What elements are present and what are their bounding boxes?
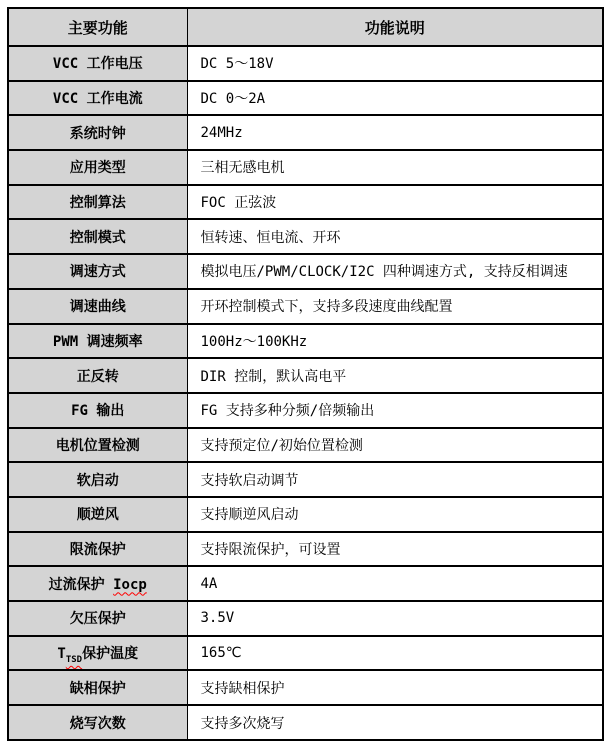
spec-value-cell: 支持顺逆风启动	[187, 497, 603, 532]
header-main-function: 主要功能	[8, 8, 187, 46]
spec-row: TTSD保护温度165℃	[8, 636, 603, 671]
spec-table: 主要功能 功能说明 VCC 工作电压DC 5～18VVCC 工作电流DC 0～2…	[7, 7, 604, 741]
spec-label-cell: 软启动	[8, 462, 187, 497]
label-text: 欠压保护	[70, 611, 126, 627]
spec-value-cell: 恒转速、恒电流、开环	[187, 219, 603, 254]
label-text: 缺相保护	[70, 681, 126, 697]
spec-label-cell: 应用类型	[8, 150, 187, 185]
spec-label-cell: 电机位置检测	[8, 428, 187, 463]
label-text: 调速曲线	[70, 299, 126, 315]
spec-row: 软启动支持软启动调节	[8, 462, 603, 497]
spec-value-cell: 支持多次烧写	[187, 705, 603, 740]
spec-row: VCC 工作电压DC 5～18V	[8, 46, 603, 81]
label-text: VCC 工作电压	[53, 56, 143, 72]
spec-row: 过流保护 Iocp4A	[8, 566, 603, 601]
spec-label-cell: FG 输出	[8, 393, 187, 428]
spec-label-cell: 缺相保护	[8, 670, 187, 705]
spec-label-cell: 调速曲线	[8, 289, 187, 324]
label-text: 调速方式	[70, 264, 126, 280]
spec-label-cell: 顺逆风	[8, 497, 187, 532]
spec-label-cell: VCC 工作电流	[8, 81, 187, 116]
spec-label-cell: VCC 工作电压	[8, 46, 187, 81]
spec-row: PWM 调速频率100Hz～100KHz	[8, 324, 603, 359]
spec-value-cell: 24MHz	[187, 115, 603, 150]
label-text: 保护温度	[82, 646, 138, 662]
spec-value-cell: DC 5～18V	[187, 46, 603, 81]
label-text: 顺逆风	[77, 507, 119, 523]
label-text: T	[57, 646, 65, 662]
spec-row: 缺相保护支持缺相保护	[8, 670, 603, 705]
spec-row: 控制模式恒转速、恒电流、开环	[8, 219, 603, 254]
spec-label-cell: 控制算法	[8, 185, 187, 220]
spec-label-cell: 过流保护 Iocp	[8, 566, 187, 601]
spec-row: 烧写次数支持多次烧写	[8, 705, 603, 740]
spec-value-cell: 开环控制模式下，支持多段速度曲线配置	[187, 289, 603, 324]
spec-row: 系统时钟24MHz	[8, 115, 603, 150]
spec-table-body: VCC 工作电压DC 5～18VVCC 工作电流DC 0～2A系统时钟24MHz…	[8, 46, 603, 740]
spec-value-cell: FOC 正弦波	[187, 185, 603, 220]
spec-value-cell: 3.5V	[187, 601, 603, 636]
header-function-description: 功能说明	[187, 8, 603, 46]
spec-label-cell: PWM 调速频率	[8, 324, 187, 359]
spec-value-cell: 支持软启动调节	[187, 462, 603, 497]
spec-row: 调速方式模拟电压/PWM/CLOCK/I2C 四种调速方式, 支持反相调速	[8, 254, 603, 289]
label-text: FG 输出	[71, 403, 124, 419]
label-text: 应用类型	[70, 160, 126, 176]
label-text: 控制算法	[70, 195, 126, 211]
spec-value-cell: 支持缺相保护	[187, 670, 603, 705]
label-text: Iocp	[113, 577, 147, 593]
label-text: 过流保护	[49, 577, 113, 593]
spec-label-cell: 烧写次数	[8, 705, 187, 740]
spec-label-cell: 控制模式	[8, 219, 187, 254]
label-subscript: TSD	[66, 655, 82, 665]
label-text: 限流保护	[70, 542, 126, 558]
spec-value-cell: DC 0～2A	[187, 81, 603, 116]
spec-row: 顺逆风支持顺逆风启动	[8, 497, 603, 532]
spec-value-cell: DIR 控制，默认高电平	[187, 358, 603, 393]
spec-value-cell: FG 支持多种分频/倍频输出	[187, 393, 603, 428]
spec-label-cell: 欠压保护	[8, 601, 187, 636]
spec-row: 应用类型三相无感电机	[8, 150, 603, 185]
spec-label-cell: 调速方式	[8, 254, 187, 289]
spec-label-cell: 系统时钟	[8, 115, 187, 150]
spec-value-cell: 4A	[187, 566, 603, 601]
spec-label-cell: TTSD保护温度	[8, 636, 187, 671]
spec-value-cell: 100Hz～100KHz	[187, 324, 603, 359]
spec-label-cell: 正反转	[8, 358, 187, 393]
spec-row: 调速曲线开环控制模式下，支持多段速度曲线配置	[8, 289, 603, 324]
label-text: 软启动	[77, 473, 119, 489]
label-text: VCC 工作电流	[53, 91, 143, 107]
spec-label-cell: 限流保护	[8, 532, 187, 567]
document-page: 主要功能 功能说明 VCC 工作电压DC 5～18VVCC 工作电流DC 0～2…	[0, 0, 611, 748]
spec-row: 控制算法FOC 正弦波	[8, 185, 603, 220]
label-text: 控制模式	[70, 230, 126, 246]
label-text: PWM 调速频率	[53, 334, 143, 350]
spec-row: VCC 工作电流DC 0～2A	[8, 81, 603, 116]
spec-value-cell: 模拟电压/PWM/CLOCK/I2C 四种调速方式, 支持反相调速	[187, 254, 603, 289]
spec-value-cell: 165℃	[187, 636, 603, 671]
spec-row: 欠压保护3.5V	[8, 601, 603, 636]
spec-row: 限流保护支持限流保护，可设置	[8, 532, 603, 567]
spec-header-row: 主要功能 功能说明	[8, 8, 603, 46]
spec-value-cell: 支持预定位/初始位置检测	[187, 428, 603, 463]
label-text: 电机位置检测	[56, 438, 140, 454]
spec-row: FG 输出FG 支持多种分频/倍频输出	[8, 393, 603, 428]
spec-value-cell: 三相无感电机	[187, 150, 603, 185]
spec-value-cell: 支持限流保护，可设置	[187, 532, 603, 567]
label-text: 正反转	[77, 369, 119, 385]
spec-row: 电机位置检测支持预定位/初始位置检测	[8, 428, 603, 463]
spec-row: 正反转DIR 控制，默认高电平	[8, 358, 603, 393]
label-text: 烧写次数	[70, 716, 126, 732]
label-text: 系统时钟	[70, 126, 126, 142]
